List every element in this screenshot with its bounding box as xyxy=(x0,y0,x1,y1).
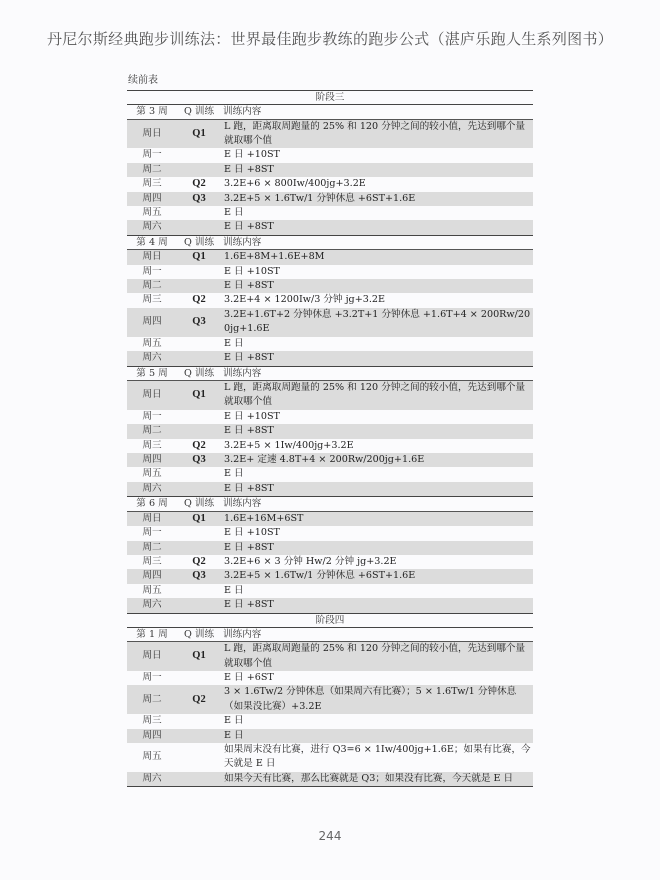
week-label: 第 1 周 xyxy=(127,627,177,642)
q-session-cell: Q3 xyxy=(177,453,221,467)
table-row: 周五E 日 xyxy=(127,584,533,598)
training-content-cell: E 日 +8ST xyxy=(221,279,533,293)
day-cell: 周五 xyxy=(127,337,177,351)
table-row: 周日Q1L 跑，距离取周跑量的 25% 和 120 分钟之间的较小值，先达到哪个… xyxy=(127,642,533,671)
day-cell: 周三 xyxy=(127,439,177,453)
day-cell: 周一 xyxy=(127,410,177,424)
q-session-cell: Q1 xyxy=(177,642,221,671)
day-cell: 周一 xyxy=(127,265,177,279)
training-content-cell: E 日 +8ST xyxy=(221,220,533,235)
q-session-cell xyxy=(177,482,221,497)
table-row: 周三Q23.2E+4 × 1200Iw/3 分钟 jg+3.2E xyxy=(127,293,533,307)
q-session-cell: Q3 xyxy=(177,569,221,583)
day-cell: 周三 xyxy=(127,714,177,728)
week-header-row: 第 5 周Q 训练训练内容 xyxy=(127,366,533,381)
stage-title: 阶段四 xyxy=(127,613,533,627)
table-row: 周一E 日 +10ST xyxy=(127,265,533,279)
day-cell: 周二 xyxy=(127,279,177,293)
day-cell: 周日 xyxy=(127,511,177,526)
training-content-cell: E 日 +8ST xyxy=(221,424,533,438)
document-page: 续前表 阶段三第 3 周Q 训练训练内容周日Q1L 跑，距离取周跑量的 25% … xyxy=(127,74,533,787)
q-session-cell xyxy=(177,772,221,787)
q-session-cell xyxy=(177,467,221,481)
training-content-cell: E 日 +8ST xyxy=(221,163,533,177)
day-cell: 周二 xyxy=(127,163,177,177)
day-cell: 周四 xyxy=(127,308,177,337)
day-cell: 周二 xyxy=(127,685,177,714)
q-session-cell: Q2 xyxy=(177,293,221,307)
table-row: 周四Q33.2E+5 × 1.6Tw/1 分钟休息 +6ST+1.6E xyxy=(127,192,533,206)
day-cell: 周一 xyxy=(127,148,177,162)
day-cell: 周六 xyxy=(127,482,177,497)
day-cell: 周四 xyxy=(127,569,177,583)
training-content-cell: E 日 +8ST xyxy=(221,351,533,366)
training-content-cell: 3.2E+4 × 1200Iw/3 分钟 jg+3.2E xyxy=(221,293,533,307)
day-cell: 周日 xyxy=(127,381,177,410)
page-number: 244 xyxy=(0,829,660,843)
table-row: 周六E 日 +8ST xyxy=(127,351,533,366)
q-session-cell xyxy=(177,729,221,743)
training-content-cell: 3.2E+5 × 1.6Tw/1 分钟休息 +6ST+1.6E xyxy=(221,569,533,583)
week-header-row: 第 6 周Q 训练训练内容 xyxy=(127,497,533,512)
q-session-cell xyxy=(177,584,221,598)
q-training-column-header: Q 训练 xyxy=(177,497,221,512)
stage-header-row: 阶段四 xyxy=(127,613,533,627)
day-cell: 周四 xyxy=(127,192,177,206)
table-row: 周二Q23 × 1.6Tw/2 分钟休息（如果周六有比赛）；5 × 1.6Tw/… xyxy=(127,685,533,714)
training-content-column-header: 训练内容 xyxy=(221,627,533,642)
q-session-cell xyxy=(177,148,221,162)
training-content-cell: 3.2E+5 × 1.6Tw/1 分钟休息 +6ST+1.6E xyxy=(221,192,533,206)
stage-header-row: 阶段三 xyxy=(127,91,533,105)
table-row: 周六E 日 +8ST xyxy=(127,482,533,497)
table-row: 周一E 日 +10ST xyxy=(127,148,533,162)
q-training-column-header: Q 训练 xyxy=(177,366,221,381)
day-cell: 周一 xyxy=(127,671,177,685)
q-session-cell xyxy=(177,410,221,424)
training-content-cell: 3.2E+5 × 1Iw/400jg+3.2E xyxy=(221,439,533,453)
table-row: 周二E 日 +8ST xyxy=(127,424,533,438)
training-content-cell: 3.2E+6 × 800Iw/400jg+3.2E xyxy=(221,177,533,191)
table-row: 周日Q11.6E+16M+6ST xyxy=(127,511,533,526)
table-row: 周一E 日 +10ST xyxy=(127,410,533,424)
training-content-cell: E 日 xyxy=(221,729,533,743)
week-label: 第 5 周 xyxy=(127,366,177,381)
q-training-column-header: Q 训练 xyxy=(177,627,221,642)
table-row: 周五E 日 xyxy=(127,206,533,220)
table-row: 周二E 日 +8ST xyxy=(127,279,533,293)
q-session-cell xyxy=(177,541,221,555)
training-content-cell: L 跑，距离取周跑量的 25% 和 120 分钟之间的较小值，先达到哪个量就取哪… xyxy=(221,381,533,410)
q-session-cell xyxy=(177,206,221,220)
week-label: 第 4 周 xyxy=(127,235,177,250)
training-schedule-table: 阶段三第 3 周Q 训练训练内容周日Q1L 跑，距离取周跑量的 25% 和 12… xyxy=(127,90,533,787)
day-cell: 周三 xyxy=(127,293,177,307)
day-cell: 周二 xyxy=(127,424,177,438)
table-row: 周五E 日 xyxy=(127,337,533,351)
training-content-cell: E 日 +10ST xyxy=(221,148,533,162)
q-session-cell xyxy=(177,163,221,177)
q-session-cell xyxy=(177,424,221,438)
day-cell: 周六 xyxy=(127,598,177,613)
training-content-cell: 3.2E+6 × 3 分钟 Hw/2 分钟 jg+3.2E xyxy=(221,555,533,569)
q-session-cell xyxy=(177,265,221,279)
q-session-cell xyxy=(177,220,221,235)
q-session-cell: Q3 xyxy=(177,192,221,206)
day-cell: 周五 xyxy=(127,743,177,772)
q-session-cell xyxy=(177,714,221,728)
q-session-cell xyxy=(177,671,221,685)
day-cell: 周六 xyxy=(127,220,177,235)
training-content-cell: 3.2E+1.6T+2 分钟休息 +3.2T+1 分钟休息 +1.6T+4 × … xyxy=(221,308,533,337)
training-content-cell: 如果今天有比赛，那么比赛就是 Q3；如果没有比赛，今天就是 E 日 xyxy=(221,772,533,787)
training-content-cell: E 日 xyxy=(221,206,533,220)
q-session-cell xyxy=(177,598,221,613)
day-cell: 周五 xyxy=(127,206,177,220)
day-cell: 周三 xyxy=(127,177,177,191)
week-label: 第 3 周 xyxy=(127,105,177,120)
week-header-row: 第 3 周Q 训练训练内容 xyxy=(127,105,533,120)
q-session-cell: Q2 xyxy=(177,177,221,191)
table-row: 周三Q23.2E+6 × 3 分钟 Hw/2 分钟 jg+3.2E xyxy=(127,555,533,569)
table-row: 周日Q1L 跑，距离取周跑量的 25% 和 120 分钟之间的较小值，先达到哪个… xyxy=(127,381,533,410)
day-cell: 周六 xyxy=(127,351,177,366)
q-training-column-header: Q 训练 xyxy=(177,235,221,250)
week-header-row: 第 1 周Q 训练训练内容 xyxy=(127,627,533,642)
day-cell: 周五 xyxy=(127,584,177,598)
day-cell: 周六 xyxy=(127,772,177,787)
training-content-cell: L 跑，距离取周跑量的 25% 和 120 分钟之间的较小值，先达到哪个量就取哪… xyxy=(221,119,533,148)
training-content-cell: E 日 +10ST xyxy=(221,410,533,424)
training-content-column-header: 训练内容 xyxy=(221,105,533,120)
training-content-cell: 1.6E+8M+1.6E+8M xyxy=(221,250,533,265)
training-content-cell: E 日 xyxy=(221,467,533,481)
table-row: 周五E 日 xyxy=(127,467,533,481)
table-row: 周日Q11.6E+8M+1.6E+8M xyxy=(127,250,533,265)
training-content-column-header: 训练内容 xyxy=(221,497,533,512)
training-content-column-header: 训练内容 xyxy=(221,366,533,381)
table-row: 周四Q33.2E+ 定速 4.8T+4 × 200Rw/200jg+1.6E xyxy=(127,453,533,467)
q-session-cell: Q1 xyxy=(177,250,221,265)
training-content-cell: E 日 +8ST xyxy=(221,482,533,497)
q-session-cell xyxy=(177,351,221,366)
table-row: 周三Q23.2E+5 × 1Iw/400jg+3.2E xyxy=(127,439,533,453)
table-row: 周四Q33.2E+5 × 1.6Tw/1 分钟休息 +6ST+1.6E xyxy=(127,569,533,583)
day-cell: 周四 xyxy=(127,729,177,743)
training-content-cell: L 跑，距离取周跑量的 25% 和 120 分钟之间的较小值，先达到哪个量就取哪… xyxy=(221,642,533,671)
table-row: 周三Q23.2E+6 × 800Iw/400jg+3.2E xyxy=(127,177,533,191)
day-cell: 周五 xyxy=(127,467,177,481)
week-label: 第 6 周 xyxy=(127,497,177,512)
book-title: 丹尼尔斯经典跑步训练法：世界最佳跑步教练的跑步公式（湛庐乐跑人生系列图书） xyxy=(0,28,660,49)
table-row: 周三E 日 xyxy=(127,714,533,728)
table-row: 周六如果今天有比赛，那么比赛就是 Q3；如果没有比赛，今天就是 E 日 xyxy=(127,772,533,787)
day-cell: 周日 xyxy=(127,642,177,671)
table-row: 周四Q33.2E+1.6T+2 分钟休息 +3.2T+1 分钟休息 +1.6T+… xyxy=(127,308,533,337)
training-content-cell: 3 × 1.6Tw/2 分钟休息（如果周六有比赛）；5 × 1.6Tw/1 分钟… xyxy=(221,685,533,714)
q-session-cell: Q1 xyxy=(177,119,221,148)
table-row: 周一E 日 +10ST xyxy=(127,526,533,540)
day-cell: 周四 xyxy=(127,453,177,467)
table-row: 周五如果周末没有比赛，进行 Q3=6 × 1Iw/400jg+1.6E；如果有比… xyxy=(127,743,533,772)
table-row: 周二E 日 +8ST xyxy=(127,163,533,177)
training-content-cell: E 日 xyxy=(221,584,533,598)
q-session-cell: Q1 xyxy=(177,511,221,526)
day-cell: 周二 xyxy=(127,541,177,555)
q-session-cell xyxy=(177,743,221,772)
training-content-cell: E 日 +8ST xyxy=(221,598,533,613)
training-content-cell: E 日 xyxy=(221,714,533,728)
day-cell: 周一 xyxy=(127,526,177,540)
q-session-cell: Q2 xyxy=(177,685,221,714)
training-content-cell: E 日 +10ST xyxy=(221,265,533,279)
day-cell: 周日 xyxy=(127,250,177,265)
day-cell: 周三 xyxy=(127,555,177,569)
q-session-cell xyxy=(177,526,221,540)
stage-title: 阶段三 xyxy=(127,91,533,105)
training-content-cell: 1.6E+16M+6ST xyxy=(221,511,533,526)
table-row: 周六E 日 +8ST xyxy=(127,598,533,613)
q-session-cell xyxy=(177,337,221,351)
week-header-row: 第 4 周Q 训练训练内容 xyxy=(127,235,533,250)
training-content-cell: 3.2E+ 定速 4.8T+4 × 200Rw/200jg+1.6E xyxy=(221,453,533,467)
q-session-cell: Q1 xyxy=(177,381,221,410)
continued-table-label: 续前表 xyxy=(127,74,533,90)
training-content-cell: E 日 +10ST xyxy=(221,526,533,540)
table-row: 周日Q1L 跑，距离取周跑量的 25% 和 120 分钟之间的较小值，先达到哪个… xyxy=(127,119,533,148)
q-training-column-header: Q 训练 xyxy=(177,105,221,120)
training-content-cell: 如果周末没有比赛，进行 Q3=6 × 1Iw/400jg+1.6E；如果有比赛，… xyxy=(221,743,533,772)
day-cell: 周日 xyxy=(127,119,177,148)
q-session-cell: Q2 xyxy=(177,439,221,453)
table-row: 周一E 日 +6ST xyxy=(127,671,533,685)
q-session-cell: Q3 xyxy=(177,308,221,337)
table-row: 周六E 日 +8ST xyxy=(127,220,533,235)
q-session-cell xyxy=(177,279,221,293)
training-content-cell: E 日 xyxy=(221,337,533,351)
training-content-cell: E 日 +6ST xyxy=(221,671,533,685)
training-content-column-header: 训练内容 xyxy=(221,235,533,250)
table-row: 周四E 日 xyxy=(127,729,533,743)
table-row: 周二E 日 +8ST xyxy=(127,541,533,555)
training-content-cell: E 日 +8ST xyxy=(221,541,533,555)
q-session-cell: Q2 xyxy=(177,555,221,569)
